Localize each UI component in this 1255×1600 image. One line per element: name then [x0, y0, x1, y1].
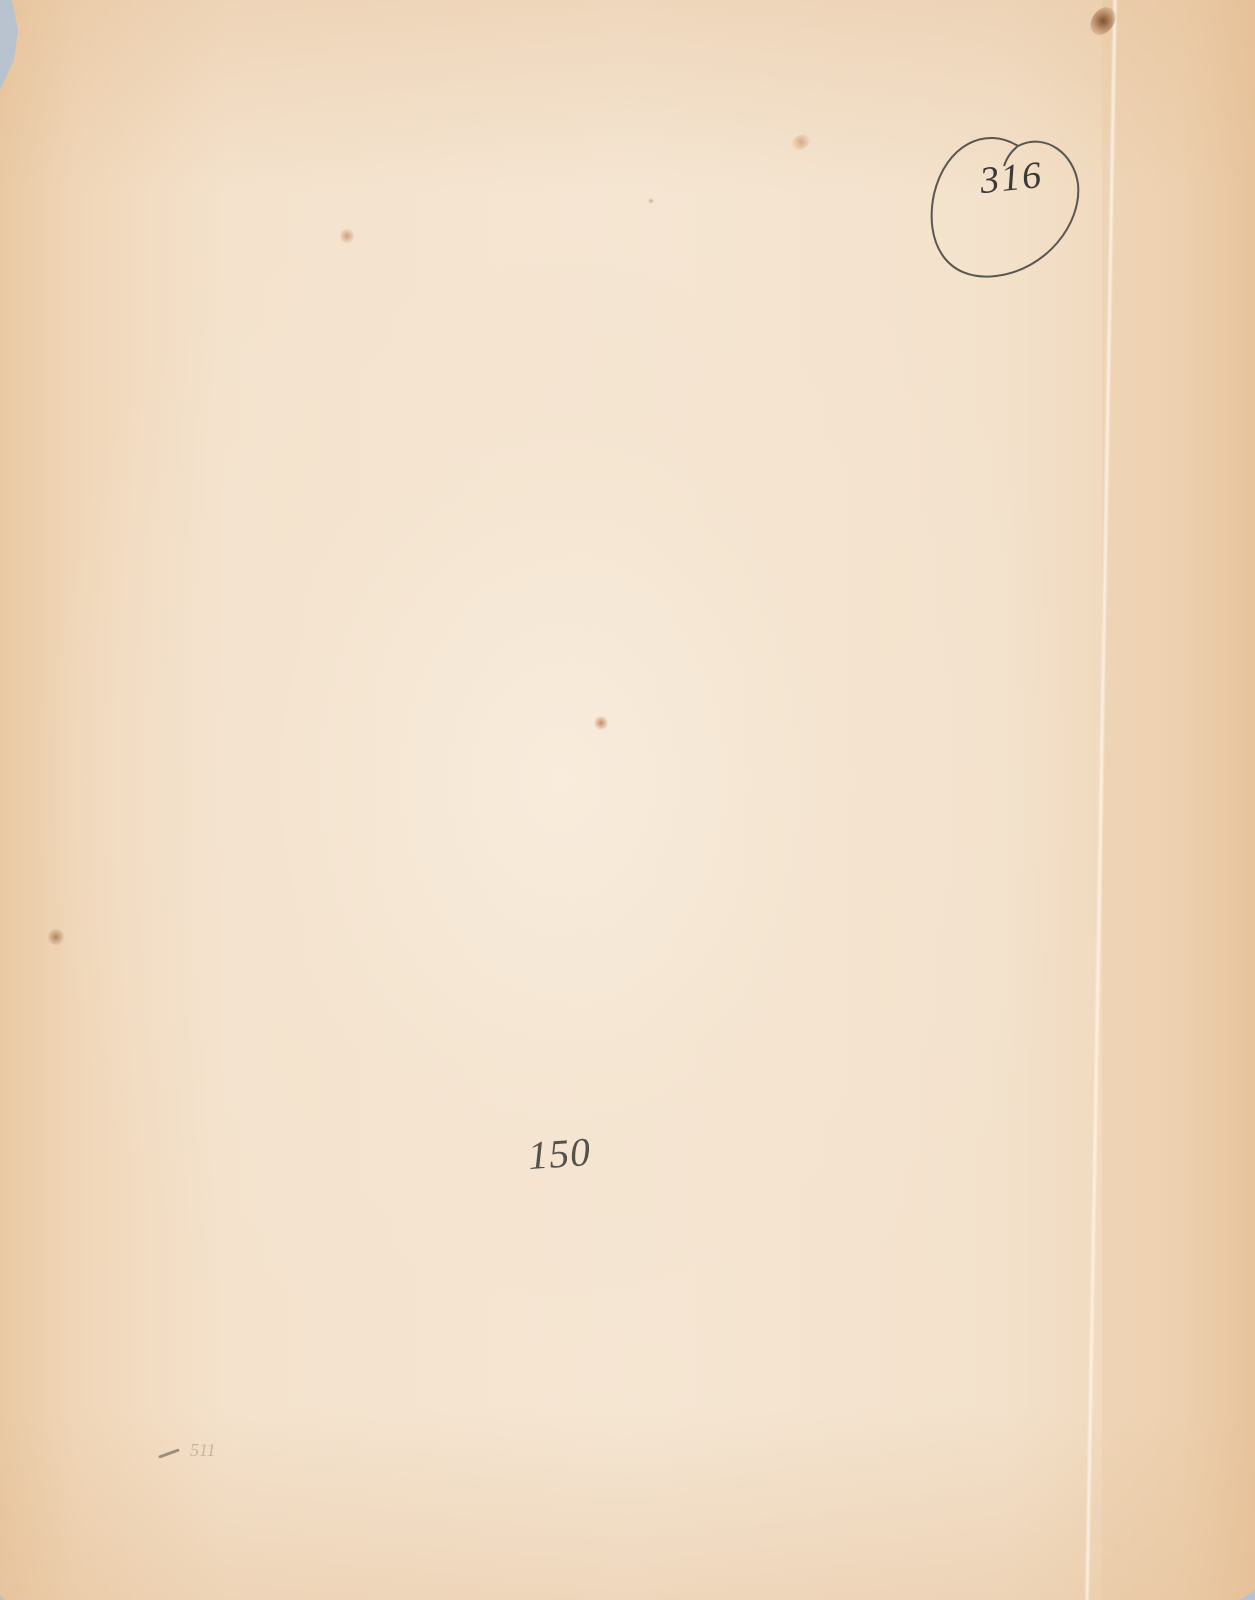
foxing-spot — [648, 198, 654, 204]
folded-right-panel — [1102, 0, 1255, 1600]
faint-pencil-note: 511 — [190, 1440, 216, 1461]
pencil-circle-icon — [926, 124, 1082, 284]
foxing-spot — [48, 928, 64, 946]
paper-sheet: 316 150 511 — [0, 0, 1255, 1600]
foxing-spot — [594, 716, 608, 730]
foxing-spot — [788, 130, 814, 153]
page-number: 150 — [526, 1128, 592, 1179]
circled-catalog-number: 316 — [978, 153, 1045, 203]
pencil-mark — [158, 1448, 180, 1458]
foxing-spot — [340, 228, 354, 244]
